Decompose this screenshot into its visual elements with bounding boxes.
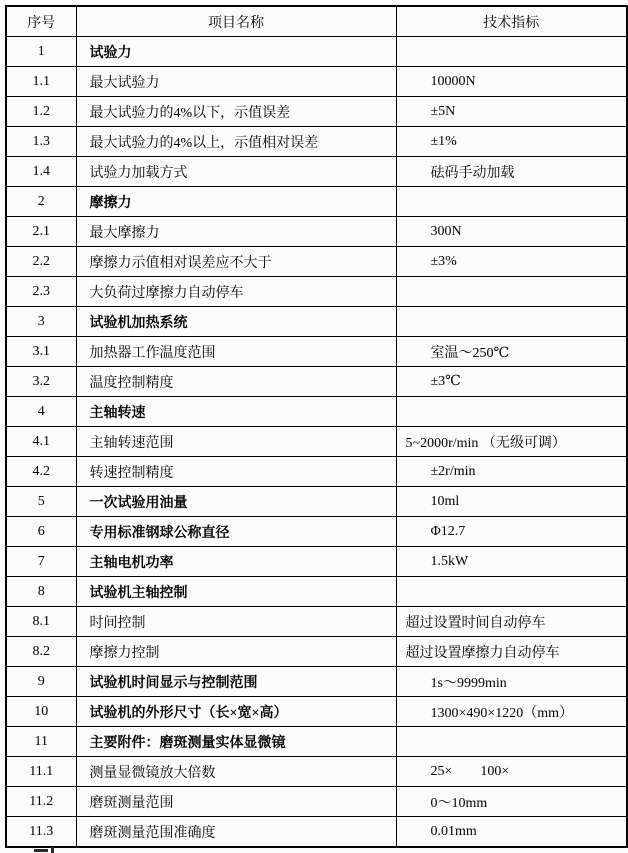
- item-name-cell: 温度控制精度: [76, 367, 396, 397]
- clipped-text-fragment: [51, 847, 54, 853]
- spec-value-cell: 25× 100×: [396, 757, 627, 787]
- row-no-cell: 4.1: [6, 427, 76, 457]
- table-row: 11.3磨斑测量范围准确度0.01mm: [6, 817, 627, 848]
- spec-value-cell: 1.5kW: [396, 547, 627, 577]
- table-row: 7主轴电机功率1.5kW: [6, 547, 627, 577]
- spec-value-cell: [396, 577, 627, 607]
- spec-value-cell: [396, 307, 627, 337]
- spec-value-cell: ±5N: [396, 97, 627, 127]
- spec-value-cell: 5~2000r/min （无级可调）: [396, 427, 627, 457]
- item-name-cell: 磨斑测量范围准确度: [76, 817, 396, 848]
- item-name-cell: 试验力加载方式: [76, 157, 396, 187]
- row-no-cell: 1.4: [6, 157, 76, 187]
- spec-value-cell: 10ml: [396, 487, 627, 517]
- item-name-cell: 试验力: [76, 37, 396, 67]
- item-name-cell: 最大试验力的4%以下，示值误差: [76, 97, 396, 127]
- spec-table-body: 1试验力1.1最大试验力10000N1.2最大试验力的4%以下，示值误差±5N1…: [6, 37, 627, 848]
- item-name-cell: 最大试验力的4%以上，示值相对误差: [76, 127, 396, 157]
- header-technical-spec: 技术指标: [396, 6, 627, 37]
- table-row: 5一次试验用油量10ml: [6, 487, 627, 517]
- item-name-cell: 摩擦力: [76, 187, 396, 217]
- row-no-cell: 5: [6, 487, 76, 517]
- table-row: 1.2最大试验力的4%以下，示值误差±5N: [6, 97, 627, 127]
- spec-value-cell: ±2r/min: [396, 457, 627, 487]
- table-row: 8试验机主轴控制: [6, 577, 627, 607]
- row-no-cell: 1: [6, 37, 76, 67]
- row-no-cell: 9: [6, 667, 76, 697]
- item-name-cell: 大负荷过摩擦力自动停车: [76, 277, 396, 307]
- spec-value-cell: 1300×490×1220（mm）: [396, 697, 627, 727]
- spec-value-cell: [396, 277, 627, 307]
- spec-value-cell: 10000N: [396, 67, 627, 97]
- table-row: 3.2温度控制精度±3℃: [6, 367, 627, 397]
- table-row: 2.2摩擦力示值相对误差应不大于±3%: [6, 247, 627, 277]
- spec-value-cell: 1s～9999min: [396, 667, 627, 697]
- table-row: 4主轴转速: [6, 397, 627, 427]
- row-no-cell: 1.1: [6, 67, 76, 97]
- spec-value-cell: 300N: [396, 217, 627, 247]
- table-row: 9试验机时间显示与控制范围1s～9999min: [6, 667, 627, 697]
- header-row: 序号 项目名称 技术指标: [6, 6, 627, 37]
- row-no-cell: 7: [6, 547, 76, 577]
- item-name-cell: 试验机主轴控制: [76, 577, 396, 607]
- row-no-cell: 6: [6, 517, 76, 547]
- table-row: 4.2转速控制精度±2r/min: [6, 457, 627, 487]
- item-name-cell: 一次试验用油量: [76, 487, 396, 517]
- row-no-cell: 2.3: [6, 277, 76, 307]
- row-no-cell: 10: [6, 697, 76, 727]
- item-name-cell: 时间控制: [76, 607, 396, 637]
- spec-value-cell: 超过设置时间自动停车: [396, 607, 627, 637]
- spec-table: 序号 项目名称 技术指标 1试验力1.1最大试验力10000N1.2最大试验力的…: [5, 5, 628, 848]
- item-name-cell: 试验机加热系统: [76, 307, 396, 337]
- row-no-cell: 1.3: [6, 127, 76, 157]
- spec-value-cell: 0.01mm: [396, 817, 627, 848]
- item-name-cell: 最大试验力: [76, 67, 396, 97]
- item-name-cell: 主要附件：磨斑测量实体显微镜: [76, 727, 396, 757]
- item-name-cell: 转速控制精度: [76, 457, 396, 487]
- table-row: 4.1主轴转速范围5~2000r/min （无级可调）: [6, 427, 627, 457]
- table-row: 1试验力: [6, 37, 627, 67]
- row-no-cell: 4: [6, 397, 76, 427]
- item-name-cell: 试验机的外形尺寸（长×宽×高）: [76, 697, 396, 727]
- item-name-cell: 主轴转速范围: [76, 427, 396, 457]
- spec-value-cell: ±1%: [396, 127, 627, 157]
- spec-value-cell: [396, 397, 627, 427]
- row-no-cell: 11.3: [6, 817, 76, 848]
- spec-value-cell: 0～10mm: [396, 787, 627, 817]
- table-row: 8.1时间控制超过设置时间自动停车: [6, 607, 627, 637]
- spec-value-cell: ±3℃: [396, 367, 627, 397]
- item-name-cell: 磨斑测量范围: [76, 787, 396, 817]
- row-no-cell: 8.2: [6, 637, 76, 667]
- table-row: 11主要附件：磨斑测量实体显微镜: [6, 727, 627, 757]
- row-no-cell: 8: [6, 577, 76, 607]
- row-no-cell: 3.1: [6, 337, 76, 367]
- table-row: 1.1最大试验力10000N: [6, 67, 627, 97]
- spec-value-cell: [396, 187, 627, 217]
- row-no-cell: 4.2: [6, 457, 76, 487]
- clipped-text-fragment: [34, 849, 48, 852]
- row-no-cell: 11: [6, 727, 76, 757]
- table-row: 11.1测量显微镜放大倍数25× 100×: [6, 757, 627, 787]
- spec-value-cell: [396, 37, 627, 67]
- row-no-cell: 2.2: [6, 247, 76, 277]
- spec-value-cell: 砝码手动加载: [396, 157, 627, 187]
- table-row: 10试验机的外形尺寸（长×宽×高）1300×490×1220（mm）: [6, 697, 627, 727]
- row-no-cell: 2: [6, 187, 76, 217]
- table-row: 1.4试验力加载方式砝码手动加载: [6, 157, 627, 187]
- table-row: 1.3最大试验力的4%以上，示值相对误差±1%: [6, 127, 627, 157]
- spec-value-cell: Φ12.7: [396, 517, 627, 547]
- row-no-cell: 11.2: [6, 787, 76, 817]
- spec-value-cell: ±3%: [396, 247, 627, 277]
- table-row: 8.2摩擦力控制超过设置摩擦力自动停车: [6, 637, 627, 667]
- row-no-cell: 2.1: [6, 217, 76, 247]
- table-row: 3.1加热器工作温度范围室温～250℃: [6, 337, 627, 367]
- row-no-cell: 3.2: [6, 367, 76, 397]
- header-serial-number: 序号: [6, 6, 76, 37]
- item-name-cell: 最大摩擦力: [76, 217, 396, 247]
- item-name-cell: 加热器工作温度范围: [76, 337, 396, 367]
- row-no-cell: 8.1: [6, 607, 76, 637]
- table-row: 2.3大负荷过摩擦力自动停车: [6, 277, 627, 307]
- row-no-cell: 1.2: [6, 97, 76, 127]
- row-no-cell: 11.1: [6, 757, 76, 787]
- row-no-cell: 3: [6, 307, 76, 337]
- item-name-cell: 摩擦力示值相对误差应不大于: [76, 247, 396, 277]
- table-row: 2.1最大摩擦力300N: [6, 217, 627, 247]
- header-item-name: 项目名称: [76, 6, 396, 37]
- table-row: 3试验机加热系统: [6, 307, 627, 337]
- item-name-cell: 专用标准钢球公称直径: [76, 517, 396, 547]
- item-name-cell: 摩擦力控制: [76, 637, 396, 667]
- table-row: 11.2磨斑测量范围0～10mm: [6, 787, 627, 817]
- spec-value-cell: 室温～250℃: [396, 337, 627, 367]
- item-name-cell: 试验机时间显示与控制范围: [76, 667, 396, 697]
- spec-value-cell: 超过设置摩擦力自动停车: [396, 637, 627, 667]
- table-row: 2摩擦力: [6, 187, 627, 217]
- spec-value-cell: [396, 727, 627, 757]
- item-name-cell: 主轴电机功率: [76, 547, 396, 577]
- table-row: 6专用标准钢球公称直径Φ12.7: [6, 517, 627, 547]
- item-name-cell: 主轴转速: [76, 397, 396, 427]
- item-name-cell: 测量显微镜放大倍数: [76, 757, 396, 787]
